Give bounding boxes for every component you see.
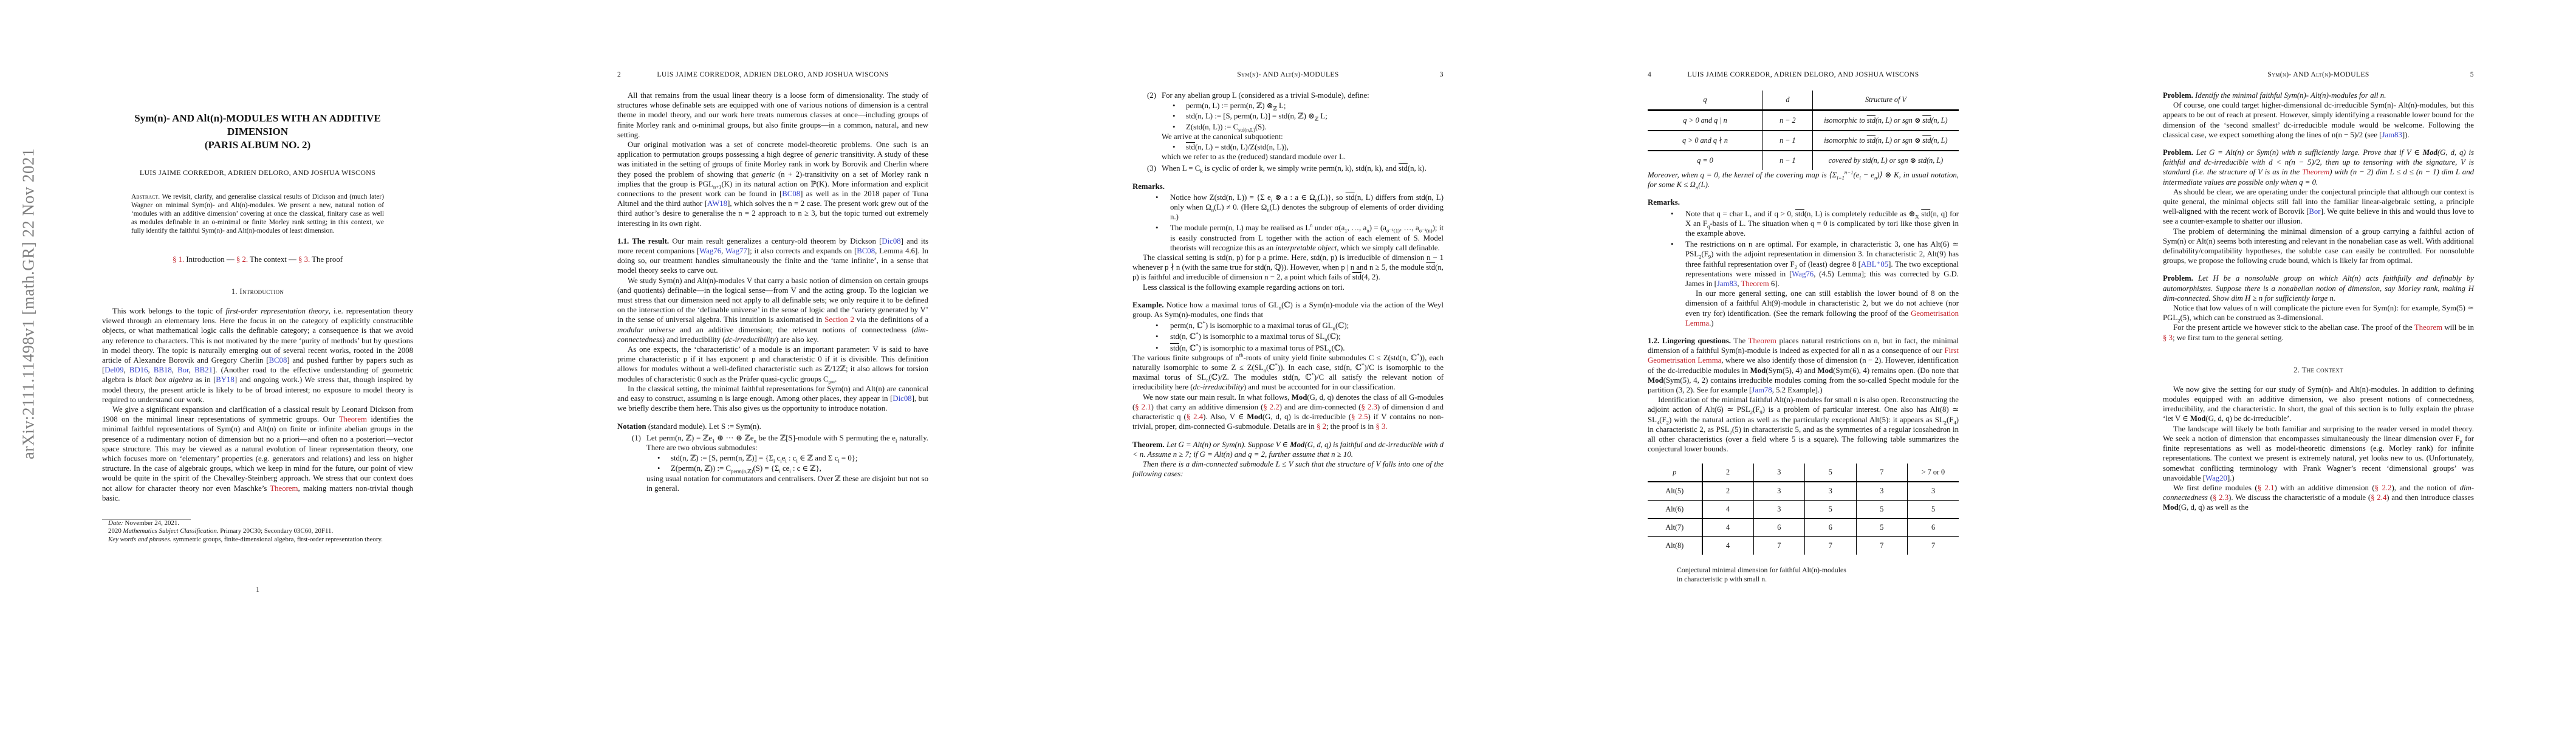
table-header-cell: 5 (1805, 464, 1856, 482)
running-head-text: Sym(n)- AND Alt(n)-MODULES (2267, 70, 2369, 78)
table-cell: 3 (1805, 482, 1856, 501)
labeled-paragraph: Theorem. Let G = Alt(n) or Sym(n). Suppo… (1132, 440, 1444, 459)
bullet-icon: • (1156, 193, 1158, 202)
bullet-item: •The module perm(n, L) may be realised a… (1132, 223, 1444, 253)
list-continuation: In our more general setting, one can sti… (1648, 289, 1959, 328)
footnote-label: Date: (108, 519, 123, 527)
block-label: Remarks. (1132, 182, 1165, 191)
internal-ref-link[interactable]: § 2.1 (1135, 403, 1151, 411)
page-number: 4 (1648, 70, 1651, 78)
bullet-item: •std(n, ℂ*) is isomorphic to a maximal t… (1132, 332, 1444, 341)
page-number: 3 (1440, 70, 1444, 78)
table-header-cell: p (1648, 464, 1702, 482)
table-cell: 5 (1907, 501, 1959, 519)
table-row: Alt(8)47777 (1648, 537, 1959, 555)
table-row: Alt(5)23333 (1648, 482, 1959, 501)
table-cell: 7 (1856, 537, 1907, 555)
bullet-icon: • (1671, 209, 1673, 219)
labeled-paragraph: Example. Notice how a maximal torus of G… (1132, 300, 1444, 320)
footnote-line: Date: November 24, 2021. (102, 519, 413, 527)
item-number: (2) (1147, 91, 1156, 100)
bullet-icon: • (657, 453, 660, 463)
internal-ref-link[interactable]: § 2.2 (1263, 403, 1279, 411)
citation-link[interactable]: Wag77 (725, 247, 747, 255)
bullet-item: •Z(std(n, L)) := Cstd(n,L)(S). (1132, 122, 1444, 132)
citation-link[interactable]: BC08 (857, 247, 875, 255)
internal-ref-link[interactable]: § 2.1 (2258, 484, 2275, 492)
internal-ref-link[interactable]: Geometrisation Lemma (1685, 309, 1959, 327)
table-cell: n − 1 (1762, 151, 1812, 170)
bullet-item: •The restrictions on n are optimal. For … (1648, 239, 1959, 289)
internal-ref-link[interactable]: Theorem (1749, 337, 1776, 345)
paragraph: Identification of the minimal faithful A… (1648, 395, 1959, 454)
footnote-label: Mathematics Subject Classification. (123, 527, 219, 535)
paragraph: We give a significant expansion and clar… (102, 405, 413, 503)
citation-link[interactable]: ABL⁺05 (1861, 260, 1888, 269)
running-head-text: LUIS JAIME CORREDOR, ADRIEN DELORO, AND … (657, 70, 888, 78)
paragraph: As should be clear, we are operating und… (2163, 187, 2474, 227)
table-cell: 4 (1702, 537, 1753, 555)
citation-link[interactable]: Dic08 (882, 237, 900, 245)
paragraph: The classical setting is std(n, p) for p… (1132, 253, 1444, 282)
page-4-content: 4LUIS JAIME CORREDOR, ADRIEN DELORO, AND… (1648, 70, 1959, 584)
running-head-text: LUIS JAIME CORREDOR, ADRIEN DELORO, AND … (1687, 70, 1919, 78)
citation-link[interactable]: Dic08 (892, 394, 911, 403)
labeled-paragraph: Remarks. (1132, 182, 1444, 191)
table-row: q > 0 and q | nn − 2isomorphic to std(n,… (1648, 111, 1959, 131)
item-number: (3) (1147, 163, 1156, 173)
table-cell: 7 (1753, 537, 1804, 555)
table-row: q > 0 and q ∤ nn − 1isomorphic to std(n,… (1648, 131, 1959, 151)
table-cell: Alt(8) (1648, 537, 1702, 555)
list-continuation: We arrive at the canonical subquotient: (1132, 132, 1444, 142)
paragraph: Moreover, when q = 0, the kernel of the … (1648, 170, 1959, 190)
block-label: Problem. (2163, 274, 2193, 282)
block-label: Remarks. (1648, 198, 1680, 207)
table-header-cell: d (1762, 91, 1812, 111)
table-cell: 7 (1907, 537, 1959, 555)
page-5: 5Sym(n)- AND Alt(n)-MODULESProblem. Iden… (2061, 0, 2576, 729)
table-cell: isomorphic to std(n, L) or sgn ⊗ std(n, … (1812, 131, 1959, 151)
internal-ref-link[interactable]: § 3 (2163, 334, 2173, 342)
internal-ref-link[interactable]: Theorem (1741, 279, 1769, 288)
citation-link[interactable]: BC08 (269, 356, 287, 364)
table-header-cell: > 7 or 0 (1907, 464, 1959, 482)
internal-ref-link[interactable]: Theorem (339, 415, 367, 423)
paragraph: All that remains from the usual linear t… (617, 91, 928, 140)
paragraph: We now state our main result. In what fo… (1132, 392, 1444, 432)
block-label: Theorem. (1132, 440, 1165, 449)
paper-title: Sym(n)- AND Alt(n)-MODULES WITH AN ADDIT… (102, 112, 413, 152)
table-header-cell: 7 (1856, 464, 1907, 482)
internal-ref-link[interactable]: § 2.2 (2375, 484, 2392, 492)
page-number: 2 (617, 70, 621, 78)
table-cell: 5 (1805, 501, 1856, 519)
abstract-label: Abstract. (131, 193, 160, 200)
citation-link[interactable]: Jam78 (1752, 386, 1772, 394)
block-label: Problem. (2163, 91, 2193, 100)
block-label: Problem. (2163, 148, 2193, 157)
authors-line: LUIS JAIME CORREDOR, ADRIEN DELORO, AND … (102, 168, 413, 177)
table-cell: 3 (1856, 482, 1907, 501)
table-cell: 4 (1702, 501, 1753, 519)
table-cell: 3 (1753, 482, 1804, 501)
page-5-content: 5Sym(n)- AND Alt(n)-MODULESProblem. Iden… (2163, 70, 2474, 513)
bullet-icon: • (1173, 101, 1175, 111)
page-3-content: 3Sym(n)- AND Alt(n)-MODULES(2)For any ab… (1132, 70, 1444, 479)
internal-ref-link[interactable]: Theorem (270, 484, 298, 493)
citation-link[interactable]: Bor (177, 366, 189, 374)
internal-ref-link[interactable]: § 3. (298, 255, 310, 264)
citation-link[interactable]: Wag20 (2205, 474, 2227, 482)
table-cell: Alt(5) (1648, 482, 1702, 501)
citation-link[interactable]: BD16 (129, 366, 148, 374)
internal-ref-link[interactable]: Section 2 (824, 315, 854, 324)
paragraph: Then there is a dim-connected submodule … (1132, 459, 1444, 479)
paragraph: Less classical is the following example … (1132, 282, 1444, 292)
labeled-paragraph: Problem. Let G = Alt(n) or Sym(n) with n… (2163, 148, 2474, 187)
conjectural-bounds-table: p2357> 7 or 0Alt(5)23333Alt(6)43555Alt(7… (1648, 464, 1959, 555)
citation-link[interactable]: Bor (2309, 207, 2320, 216)
internal-ref-link[interactable]: § 1. (173, 255, 184, 264)
citation-link[interactable]: Wag76 (1792, 270, 1814, 278)
bullet-icon: • (657, 464, 660, 473)
table-cell: n − 2 (1762, 111, 1812, 131)
internal-ref-link[interactable]: Theorem (2414, 323, 2442, 332)
internal-ref-link[interactable]: § 2 (1317, 422, 1326, 431)
list-continuation: using usual notation for commutators and… (617, 474, 928, 493)
bullet-item: •Notice how Z(std(n, L)) = {Σ ei ⊗ a : a… (1132, 193, 1444, 222)
page-number: 5 (2470, 70, 2474, 78)
paragraph: The problem of determining the minimal d… (2163, 227, 2474, 266)
block-label: 1.2. Lingering questions. (1648, 337, 1731, 345)
paragraph: For the present article we however stick… (2163, 323, 2474, 342)
page-1-content: Sym(n)- AND Alt(n)-MODULES WITH AN ADDIT… (102, 112, 413, 544)
block-note: (standard module). (648, 422, 707, 431)
paragraph: The various finite subgroups of nth-root… (1132, 353, 1444, 392)
bullet-item: •Z(perm(n, ℤ)) := Cperm(n,ℤ)(S) = {Σi ce… (617, 464, 928, 473)
running-head: 5Sym(n)- AND Alt(n)-MODULES (2163, 70, 2474, 78)
table-header-cell: 2 (1702, 464, 1753, 482)
table-cell: q > 0 and q | n (1648, 111, 1762, 131)
bullet-icon: • (1156, 223, 1158, 233)
paragraph: Of course, one could target higher-dimen… (2163, 100, 2474, 140)
list-continuation: which we refer to as the (reduced) stand… (1132, 152, 1444, 162)
page-2-content: 2LUIS JAIME CORREDOR, ADRIEN DELORO, AND… (617, 70, 928, 493)
paragraph: Our original motivation was a set of con… (617, 140, 928, 228)
page-number: 1 (0, 585, 515, 594)
table-row: q = 0n − 1covered by std(n, L) or sgn ⊗ … (1648, 151, 1959, 170)
table-cell: 2 (1702, 482, 1753, 501)
running-head: 3Sym(n)- AND Alt(n)-MODULES (1132, 70, 1444, 78)
block-label: 1.1. The result. (617, 237, 669, 245)
bullet-icon: • (1173, 122, 1175, 132)
numbered-item: (2)For any abelian group L (considered a… (1132, 91, 1444, 100)
paragraph: We study Sym(n) and Alt(n)-modules V tha… (617, 276, 928, 344)
bullet-item: •std(n, L) = std(n, L)/Z(std(n, L)), (1132, 142, 1444, 152)
document-viewport: arXiv:2111.11498v1 [math.GR] 22 Nov 2021… (0, 0, 2576, 729)
internal-ref-link[interactable]: § 2.4 (2371, 493, 2386, 502)
table-cell: 6 (1907, 519, 1959, 537)
paragraph: We first define modules (§ 2.1) with an … (2163, 483, 2474, 513)
section-heading: 2. The context (2163, 366, 2474, 375)
table-cell: 4 (1702, 519, 1753, 537)
bullet-item: •perm(n, ℂ*) is isomorphic to a maximal … (1132, 321, 1444, 330)
numbered-item: (3)When L = Ck is cyclic of order k, we … (1132, 163, 1444, 173)
footnote-label: Key words and phrases. (108, 536, 171, 543)
table-header-cell: 3 (1753, 464, 1804, 482)
labeled-paragraph: 1.1. The result. Our main result general… (617, 236, 928, 276)
table-cell: n − 1 (1762, 131, 1812, 151)
bullet-icon: • (1156, 332, 1158, 341)
block-label: Example. (1132, 301, 1164, 309)
bullet-item: •std(n, L) := [S, perm(n, L)] = std(n, ℤ… (1132, 111, 1444, 121)
bullet-icon: • (1173, 142, 1175, 152)
bullet-icon: • (1156, 321, 1158, 330)
paragraph: We now give the setting for our study of… (2163, 385, 2474, 424)
citation-link[interactable]: AW18 (707, 199, 727, 208)
footnote-line: 2020 Mathematics Subject Classification.… (102, 527, 413, 535)
table-caption: Conjectural minimal dimension for faithf… (1677, 566, 1926, 583)
arxiv-watermark: arXiv:2111.11498v1 [math.GR] 22 Nov 2021 (19, 148, 38, 459)
labeled-paragraph: Notation (standard module). Let S := Sym… (617, 422, 928, 431)
bullet-item: •std(n, ℂ*) is isomorphic to a maximal t… (1132, 343, 1444, 353)
bullet-item: •std(n, ℤ) := [S, perm(n, ℤ)] = {Σi ciei… (617, 453, 928, 463)
running-head-text: Sym(n)- AND Alt(n)-MODULES (1237, 70, 1339, 78)
item-number: (1) (632, 433, 641, 443)
internal-ref-link[interactable]: § 2.5 (1351, 412, 1368, 421)
bullet-item: •perm(n, L) := perm(n, ℤ) ⊗ℤ L; (1132, 101, 1444, 111)
bullet-icon: • (1173, 111, 1175, 121)
table-cell: Alt(7) (1648, 519, 1702, 537)
paragraph: As one expects, the ‘characteristic’ of … (617, 344, 928, 384)
numbered-item: (1)Let perm(n, ℤ) = ℤe1 ⊕ ··· ⊕ ℤen be t… (617, 433, 928, 453)
internal-ref-link[interactable]: § 2.3 (1361, 403, 1377, 411)
bullet-icon: • (1671, 239, 1673, 249)
labeled-paragraph: Problem. Let H be a nonsoluble group on … (2163, 273, 2474, 303)
table-header-cell: Structure of V (1812, 91, 1959, 111)
bullet-icon: • (1156, 343, 1158, 353)
paragraph: This work belongs to the topic of first-… (102, 306, 413, 405)
footnote-line: Key words and phrases. symmetric groups,… (102, 536, 413, 544)
bullet-item: •Note that q = char L, and if q > 0, std… (1648, 209, 1959, 239)
table-header-cell: q (1648, 91, 1762, 111)
table-cell: 5 (1856, 519, 1907, 537)
internal-ref-link[interactable]: § 3. (1375, 422, 1387, 431)
internal-ref-link[interactable]: § 2. (236, 255, 248, 264)
internal-ref-link[interactable]: First Geometrisation Lemma (1648, 346, 1959, 364)
table-cell: 6 (1753, 519, 1804, 537)
theorem-structure-table: qdStructure of Vq > 0 and q | nn − 2isom… (1648, 91, 1959, 170)
table-cell: 5 (1856, 501, 1907, 519)
table-cell: 6 (1805, 519, 1856, 537)
page-2: 2LUIS JAIME CORREDOR, ADRIEN DELORO, AND… (515, 0, 1030, 729)
citation-link[interactable]: Del09 (104, 366, 123, 374)
labeled-paragraph: 1.2. Lingering questions. The Theorem pl… (1648, 336, 1959, 395)
citation-link[interactable]: Wag76 (699, 247, 721, 255)
table-cell: isomorphic to std(n, L) or sgn ⊗ std(n, … (1812, 111, 1959, 131)
page-1: arXiv:2111.11498v1 [math.GR] 22 Nov 2021… (0, 0, 515, 729)
labeled-paragraph: Remarks. (1648, 197, 1959, 207)
paragraph: Notice that low values of n will complic… (2163, 303, 2474, 323)
internal-ref-link[interactable]: § 2.4 (1187, 412, 1203, 421)
table-cell: 3 (1753, 501, 1804, 519)
page-4: 4LUIS JAIME CORREDOR, ADRIEN DELORO, AND… (1546, 0, 2061, 729)
citation-link[interactable]: Jam83 (1717, 279, 1737, 288)
table-cell: q > 0 and q ∤ n (1648, 131, 1762, 151)
citation-link[interactable]: BB21 (194, 366, 213, 374)
internal-ref-link[interactable]: Theorem (2302, 168, 2329, 176)
citation-link[interactable]: Jam83 (2382, 131, 2402, 139)
page-3: 3Sym(n)- AND Alt(n)-MODULES(2)For any ab… (1030, 0, 1546, 729)
table-cell: covered by std(n, L) or sgn ⊗ std(n, L) (1812, 151, 1959, 170)
toc-line: § 1. Introduction — § 2. The context — §… (102, 255, 413, 264)
citation-link[interactable]: BC08 (782, 190, 800, 198)
labeled-paragraph: Problem. Identify the minimal faithful S… (2163, 91, 2474, 100)
table-cell: 7 (1805, 537, 1856, 555)
running-head: 4LUIS JAIME CORREDOR, ADRIEN DELORO, AND… (1648, 70, 1959, 78)
section-heading: 1. Introduction (102, 287, 413, 296)
paragraph: In the classical setting, the minimal fa… (617, 384, 928, 414)
block-label: Notation (617, 422, 646, 431)
running-head: 2LUIS JAIME CORREDOR, ADRIEN DELORO, AND… (617, 70, 928, 78)
table-cell: q = 0 (1648, 151, 1762, 170)
citation-link[interactable]: BY18 (216, 375, 235, 384)
table-row: Alt(7)46656 (1648, 519, 1959, 537)
abstract: Abstract. We revisit, clarify, and gener… (131, 193, 384, 235)
paragraph: The landscape will likely be both famili… (2163, 424, 2474, 483)
table-cell: Alt(6) (1648, 501, 1702, 519)
table-row: Alt(6)43555 (1648, 501, 1959, 519)
internal-ref-link[interactable]: § 2.3 (2213, 493, 2228, 502)
table-cell: 3 (1907, 482, 1959, 501)
citation-link[interactable]: BB18 (154, 366, 172, 374)
